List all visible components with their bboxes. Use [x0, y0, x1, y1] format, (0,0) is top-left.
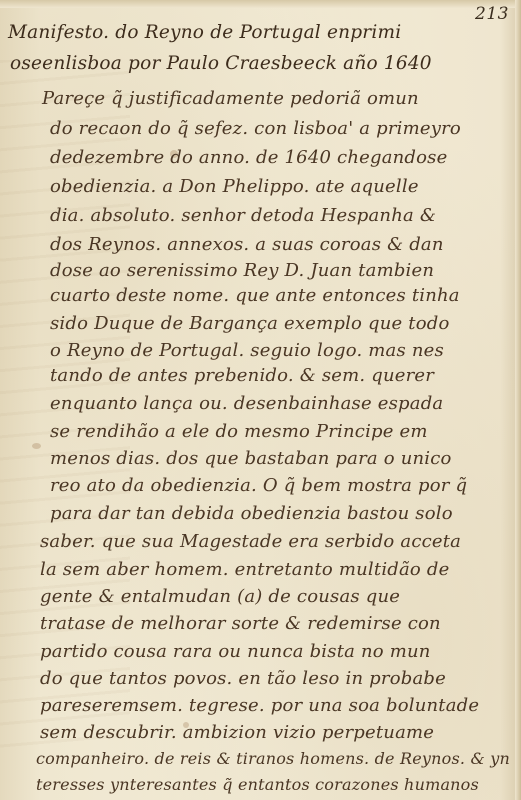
- text-line: pareseremsem. tegrese. por una soa bolun…: [40, 695, 479, 716]
- text-line: do recaon do q̃ sefez. con lisboa' a pri…: [50, 118, 461, 139]
- text-line: teresses ynteresantes q̃ entantos corazo…: [36, 775, 479, 794]
- text-line: partido cousa rara ou nunca bista no mun: [40, 641, 431, 662]
- text-line: sem descubrir. ambizion vizio perpetuame: [40, 722, 434, 743]
- text-line: dedezembre do anno. de 1640 chegandose: [50, 147, 447, 168]
- text-line: enquanto lança ou. desenbainhase espada: [50, 393, 443, 414]
- text-line: para dar tan debida obedienzia bastou so…: [50, 503, 453, 524]
- text-line: do que tantos povos. en tão leso in prob…: [40, 668, 446, 689]
- text-line: se rendihão a ele do mesmo Principe em: [50, 421, 428, 442]
- text-line: sido Duque de Bargança exemplo que todo: [50, 313, 450, 334]
- text-line: companheiro. de reis & tiranos homens. d…: [36, 749, 510, 768]
- text-line: dose ao serenissimo Rey D. Juan tambien: [50, 260, 434, 281]
- text-line: gente & entalmudan (a) de cousas que: [40, 586, 400, 607]
- text-line: cuarto deste nome. que ante entonces tin…: [50, 285, 460, 306]
- text-line: tratase de melhorar sorte & redemirse co…: [40, 613, 441, 634]
- text-line: obedienzia. a Don Phelippo. ate aquelle: [50, 176, 419, 197]
- text-line: oseenlisboa por Paulo Craesbeeck año 164…: [10, 53, 432, 74]
- text-line: la sem aber homem. entretanto multidão d…: [40, 559, 449, 580]
- text-line: Manifesto. do Reyno de Portugal enprimi: [8, 22, 401, 43]
- text-line: Pareçe q̃ justificadamente pedoriã omun: [42, 88, 419, 109]
- text-line: dos Reynos. annexos. a suas coroas & dan: [50, 234, 444, 255]
- text-line: o Reyno de Portugal. seguio logo. mas ne…: [50, 340, 444, 361]
- text-line: reo ato da obedienzia. O q̃ bem mostra p…: [50, 475, 467, 496]
- manuscript-text: Manifesto. do Reyno de Portugal enprimi …: [0, 0, 521, 800]
- text-line: tando de antes prebenido. & sem. querer: [50, 365, 434, 386]
- text-line: menos dias. dos que bastaban para o unic…: [50, 448, 452, 469]
- manuscript-page: 213 Manifesto. do Reyno de Portugal enpr…: [0, 0, 521, 800]
- text-line: saber. que sua Magestade era serbido acc…: [40, 531, 461, 552]
- text-line: dia. absoluto. senhor detoda Hespanha &: [50, 205, 436, 226]
